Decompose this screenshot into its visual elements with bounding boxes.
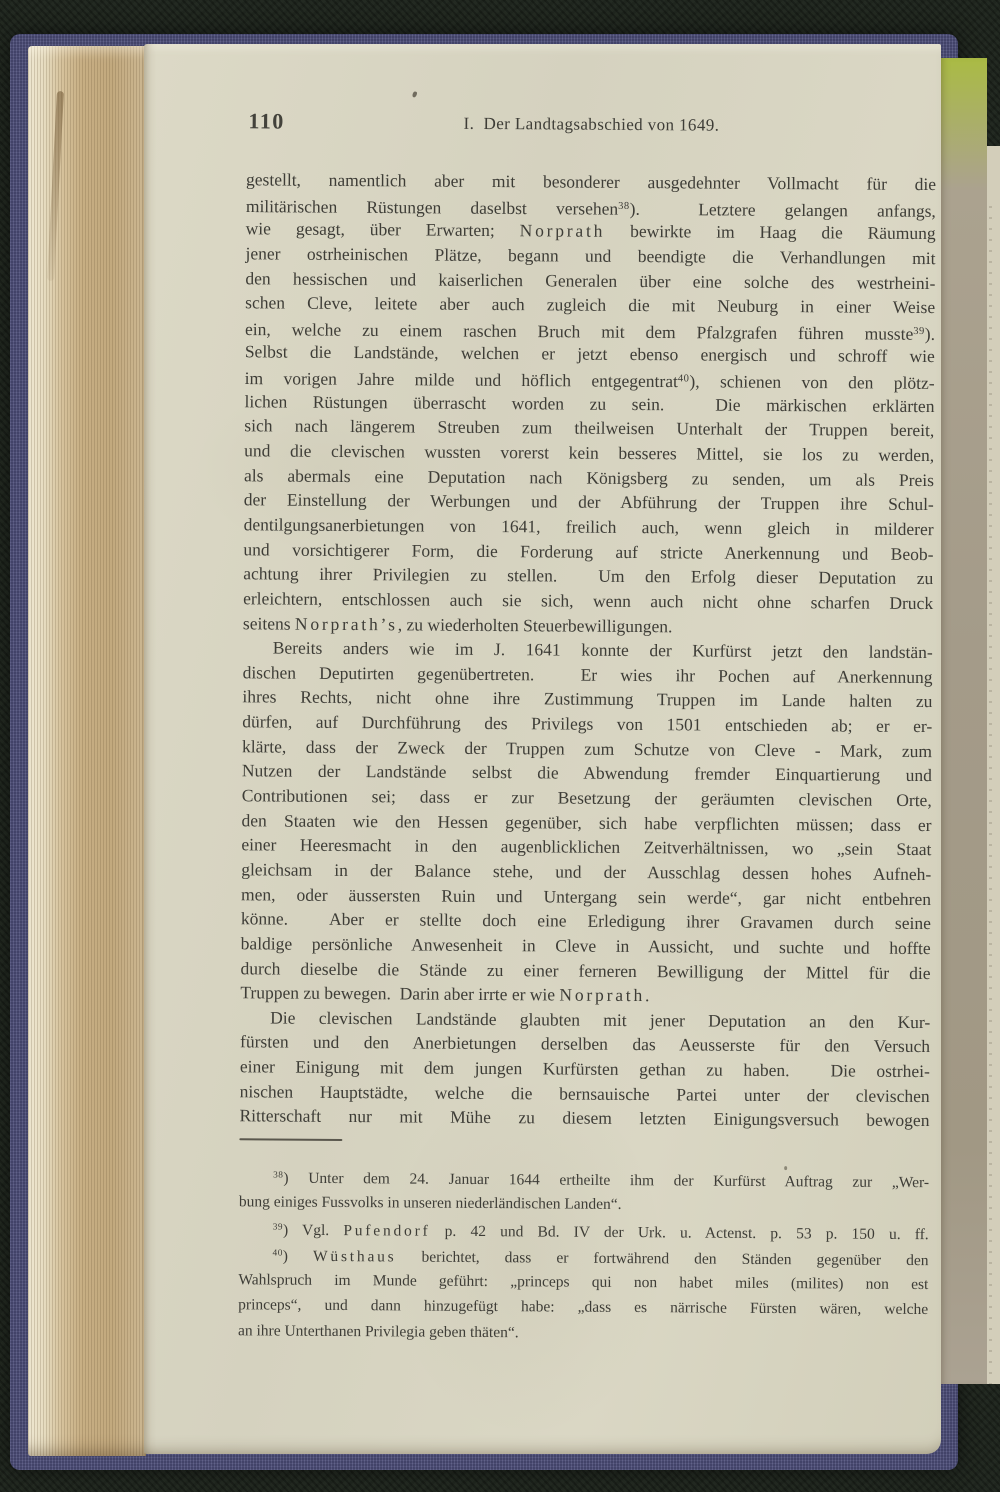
text-run: )	[283, 1247, 313, 1264]
text-run: Bereits anders wie im J. 1641 konnte der…	[273, 638, 933, 663]
text-line: an ihre Unterthanen Privilegia geben thä…	[238, 1319, 928, 1350]
text-run: wie gesagt, über Erwarten;	[246, 219, 520, 241]
letterspaced-name: Wüsthaus	[313, 1248, 397, 1266]
text-run: Contributionen sei; dass er zur Besetzun…	[242, 785, 932, 810]
page-header: 110 I. Der Landtagsabschied von 1649.	[246, 112, 936, 143]
footnote-marker: 39	[273, 1222, 283, 1232]
text-run: ). Letztere gelangen anfangs,	[630, 198, 936, 220]
footnote-separator	[239, 1138, 342, 1141]
page-number: 110	[248, 108, 284, 134]
text-run: ihres Rechts, nicht ohne ihre Zustimmung…	[242, 687, 932, 712]
text-run: dentilgungsanerbietungen von 1641, freil…	[244, 514, 934, 539]
footnote-marker: 40	[273, 1248, 283, 1258]
text-run: im vorigen Jahre milde und höflich entge…	[245, 368, 678, 391]
text-run: durch dieselbe die Stände zu einer ferne…	[240, 958, 930, 983]
text-run: princeps“, und dann hinzugefügt habe: „d…	[238, 1297, 928, 1319]
text-run: als abermals eine Deputation nach Königs…	[244, 465, 934, 490]
paragraph: Die clevischen Landstände glaubten mit j…	[239, 1005, 930, 1133]
text-run: einer Einigung mit dem jungen Kurfürsten…	[240, 1056, 930, 1081]
text-run: berichtet, dass er fortwährend den Ständ…	[396, 1248, 928, 1269]
text-run: jener ostrheinischen Plätze, begann und …	[245, 243, 935, 268]
text-run: fürsten und den Anerbietungen derselben …	[240, 1032, 930, 1057]
footnote: 38) Unter dem 24. Januar 1644 ertheilte …	[239, 1163, 929, 1220]
letterspaced-name: Pufendorf	[343, 1222, 430, 1240]
gutter-shadow	[941, 58, 987, 1384]
page-edges-stack	[28, 46, 146, 1456]
text-run: einer Heeresmacht in den augenblickliche…	[241, 835, 931, 860]
text-run: an ihre Unterthanen Privilegia geben thä…	[238, 1323, 519, 1342]
paragraph: Bereits anders wie im J. 1641 konnte der…	[240, 635, 933, 1009]
text-run: bewirkte im Haag die Räumung	[605, 221, 936, 243]
text-run: Truppen zu bewegen. Darin aber irrte er …	[240, 982, 559, 1004]
text-run: Die clevischen Landstände glaubten mit j…	[270, 1007, 930, 1032]
text-run: .	[645, 985, 650, 1005]
text-run: men, oder äussersten Ruin und Untergang …	[241, 884, 931, 909]
text-run: dischen Deputirten gegenübertreten. Er w…	[243, 662, 933, 687]
ink-speck	[784, 1166, 787, 1170]
text-run: den hessischen und kaiserlichen Generale…	[245, 268, 935, 293]
text-run: seitens	[243, 613, 295, 633]
text-run: Ritterschaft nur mit Mühe zu diesem letz…	[239, 1106, 929, 1131]
text-run: ) Vgl.	[283, 1221, 343, 1238]
text-run: dürfen, auf Durchführung des Privilegs v…	[242, 711, 932, 736]
text-run: lichen Rüstungen überrascht worden zu se…	[244, 391, 934, 416]
ink-speck	[412, 91, 418, 98]
text-run: den Staaten wie den Hessen gegenüber, si…	[242, 810, 932, 835]
body-text: gestellt, namentlich aber mit besonderer…	[239, 167, 936, 1133]
text-run: nischen Hauptstädte, welche die bernsaui…	[240, 1081, 930, 1106]
text-run: klärte, dass der Zweck der Truppen zum S…	[242, 736, 932, 761]
text-run: und die clevischen wussten vorerst kein …	[244, 440, 934, 465]
footnote-marker: 38	[618, 201, 630, 212]
text-run: ), schienen von den plötz-	[689, 371, 934, 393]
text-run: , zu wiederholten Steuerbewilligungen.	[398, 614, 673, 636]
text-run: p. 42 und Bd. IV der Urk. u. Actenst. p.…	[430, 1222, 928, 1242]
text-run: Nutzen der Landstände selbst die Abwendu…	[242, 761, 932, 786]
text-run: ) Unter dem 24. Januar 1644 ertheilte ih…	[283, 1170, 929, 1192]
footnotes: 38) Unter dem 24. Januar 1644 ertheilte …	[238, 1163, 929, 1349]
footnote-marker: 40	[678, 373, 690, 384]
letterspaced-name: Norprath’s	[295, 613, 398, 634]
text-run: Wahlspruch im Munde geführt: „princeps q…	[238, 1271, 928, 1293]
footnote: 40) Wüsthaus berichtet, dass er fortwähr…	[238, 1241, 929, 1349]
paragraph: gestellt, namentlich aber mit besonderer…	[243, 167, 936, 640]
page-content: 110 I. Der Landtagsabschied von 1649. ge…	[134, 44, 941, 1460]
text-run: ).	[925, 324, 935, 344]
text-run: achtung ihrer Privilegien zu stellen. Um…	[243, 564, 933, 589]
footnote-marker: 39	[913, 326, 925, 337]
text-run: der Einstellung der Werbungen und der Ab…	[244, 490, 934, 515]
text-run: schen Cleve, leitete aber auch zugleich …	[245, 292, 935, 317]
letterspaced-name: Norprath	[520, 220, 606, 241]
letterspaced-name: Norprath	[559, 985, 645, 1006]
text-run: gleichsam in der Balance stehe, und der …	[241, 859, 931, 884]
text-run: bung einiges Fussvolks in unseren nieder…	[239, 1193, 622, 1213]
text-run: könne. Aber er stellte doch eine Erledig…	[241, 908, 931, 933]
text-run: militärischen Rüstungen daselbst versehe…	[246, 196, 618, 219]
running-header: I. Der Landtagsabschied von 1649.	[246, 112, 936, 137]
facing-page-sliver	[987, 146, 1000, 1384]
text-run: und vorsichtigerer Form, die Forderung a…	[243, 539, 933, 564]
text-run: baldige persönliche Anwesenheit in Cleve…	[241, 933, 931, 958]
text-line: Ritterschaft nur mit Mühe zu diesem letz…	[239, 1104, 929, 1133]
text-run: sich nach längerem Streuben zum theilwei…	[244, 416, 934, 441]
text-run: gestellt, namentlich aber mit besonderer…	[246, 169, 936, 194]
text-run: erleichtern, entschlossen auch sie sich,…	[243, 588, 933, 613]
text-run: Selbst die Landstände, welchen er jetzt …	[245, 342, 935, 367]
footnote-marker: 38	[273, 1170, 283, 1180]
